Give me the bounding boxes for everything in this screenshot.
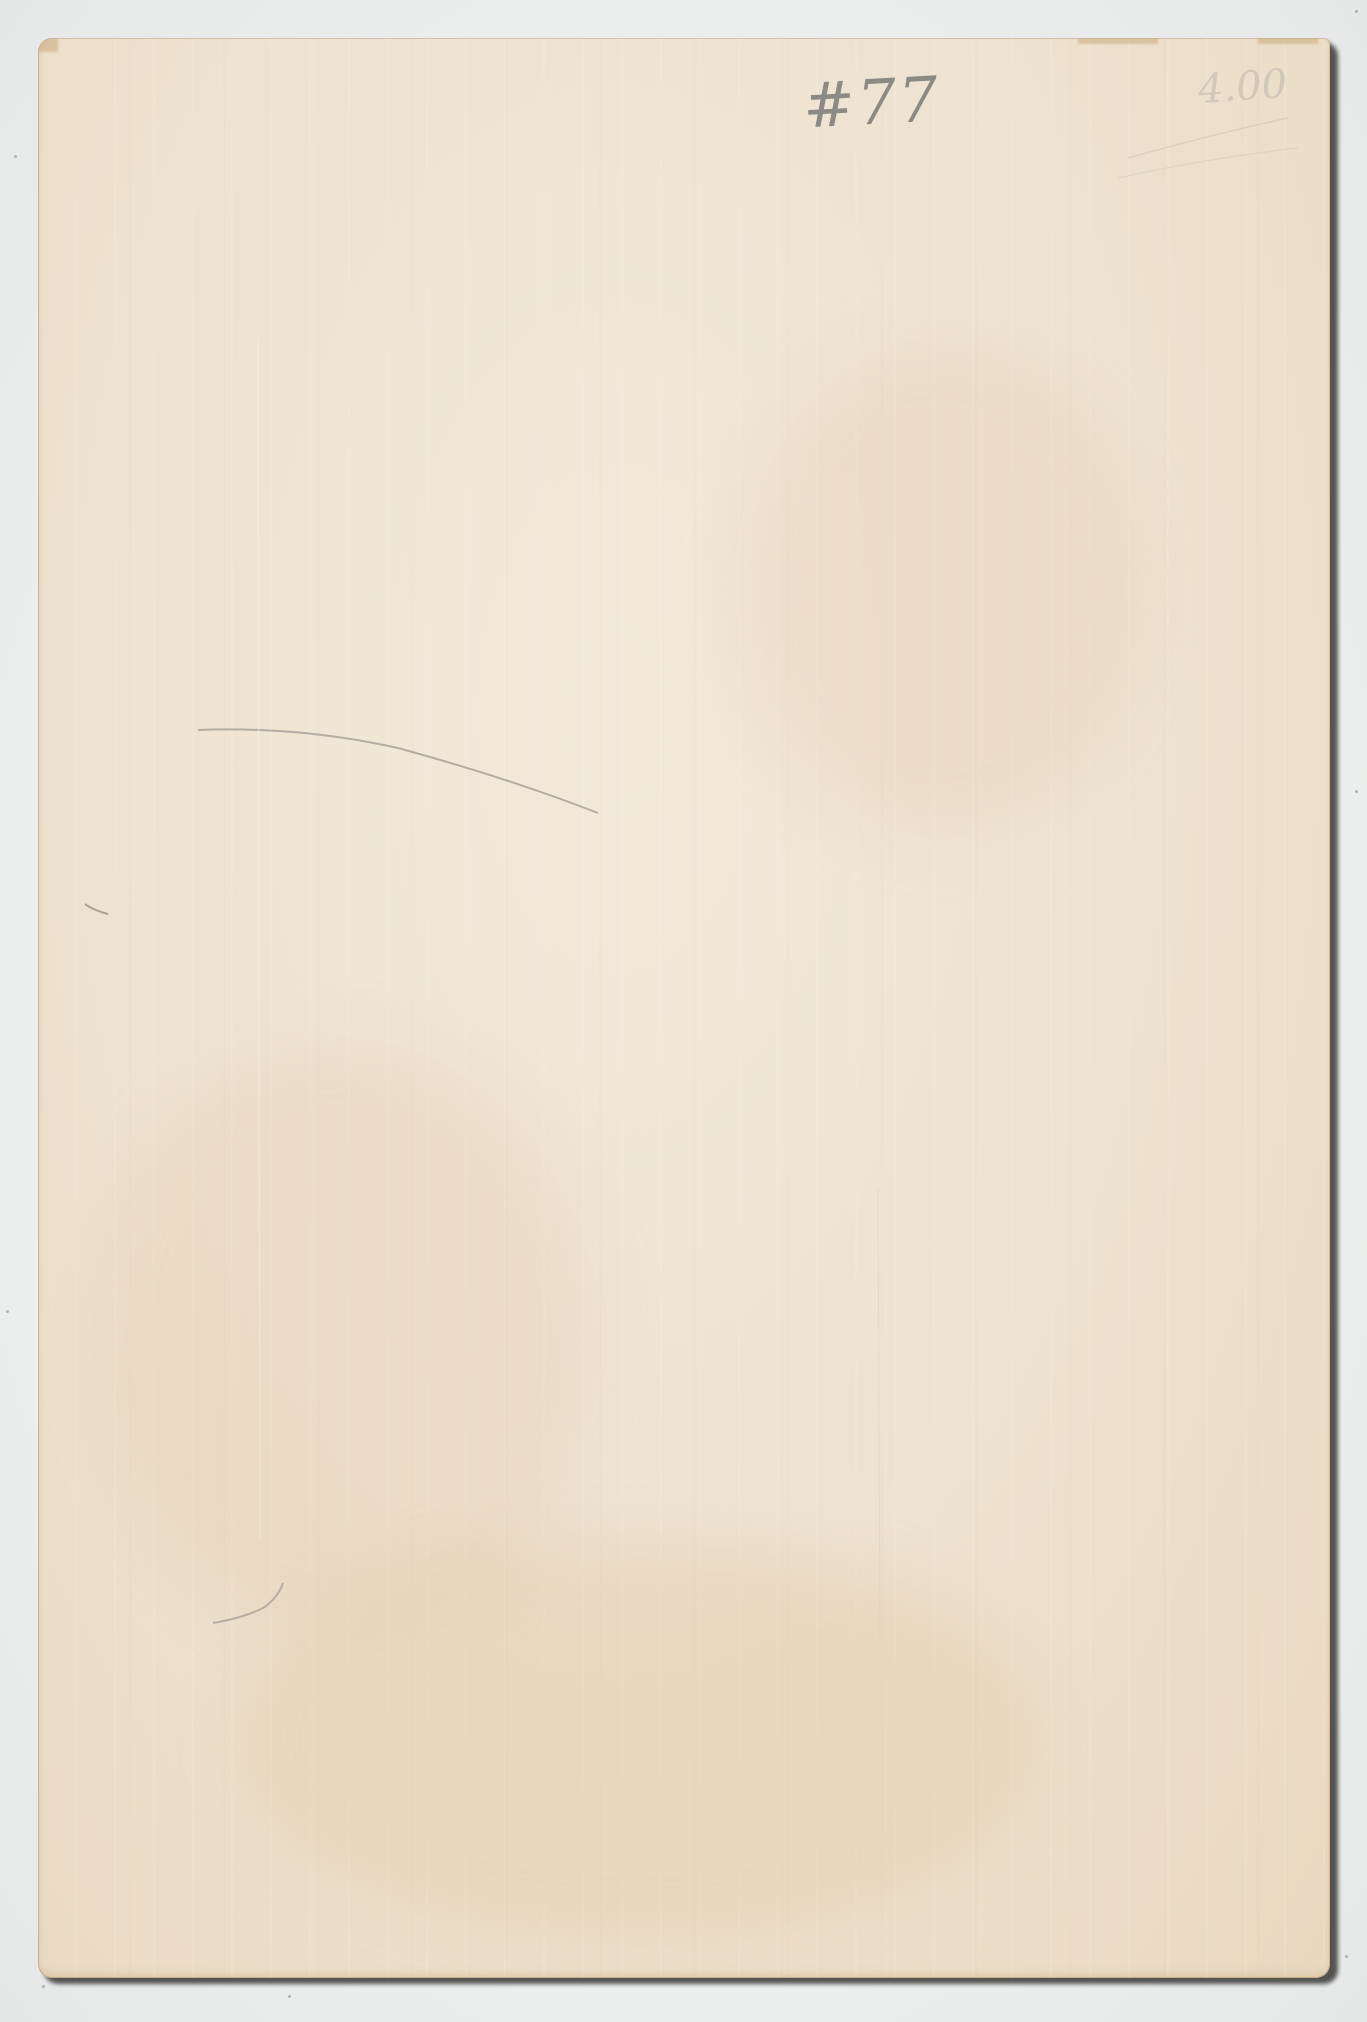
edge-wear (1258, 38, 1318, 44)
inventory-number-annotation: #77 (801, 62, 941, 142)
antique-card-back: #77 4.00 (38, 38, 1330, 1978)
dust-speck (14, 155, 17, 158)
faded-price-annotation: 4.00 (1197, 61, 1289, 113)
dust-speck (1355, 790, 1358, 793)
dust-speck (288, 1995, 291, 1998)
paper-discoloration (238, 1538, 1038, 1938)
edge-wear (1078, 38, 1158, 44)
dust-speck (1355, 10, 1358, 13)
dust-speck (6, 1310, 9, 1313)
dust-speck (42, 1985, 45, 1988)
dust-speck (1345, 1955, 1348, 1958)
paper-discoloration (738, 338, 1138, 838)
edge-wear (38, 38, 58, 52)
